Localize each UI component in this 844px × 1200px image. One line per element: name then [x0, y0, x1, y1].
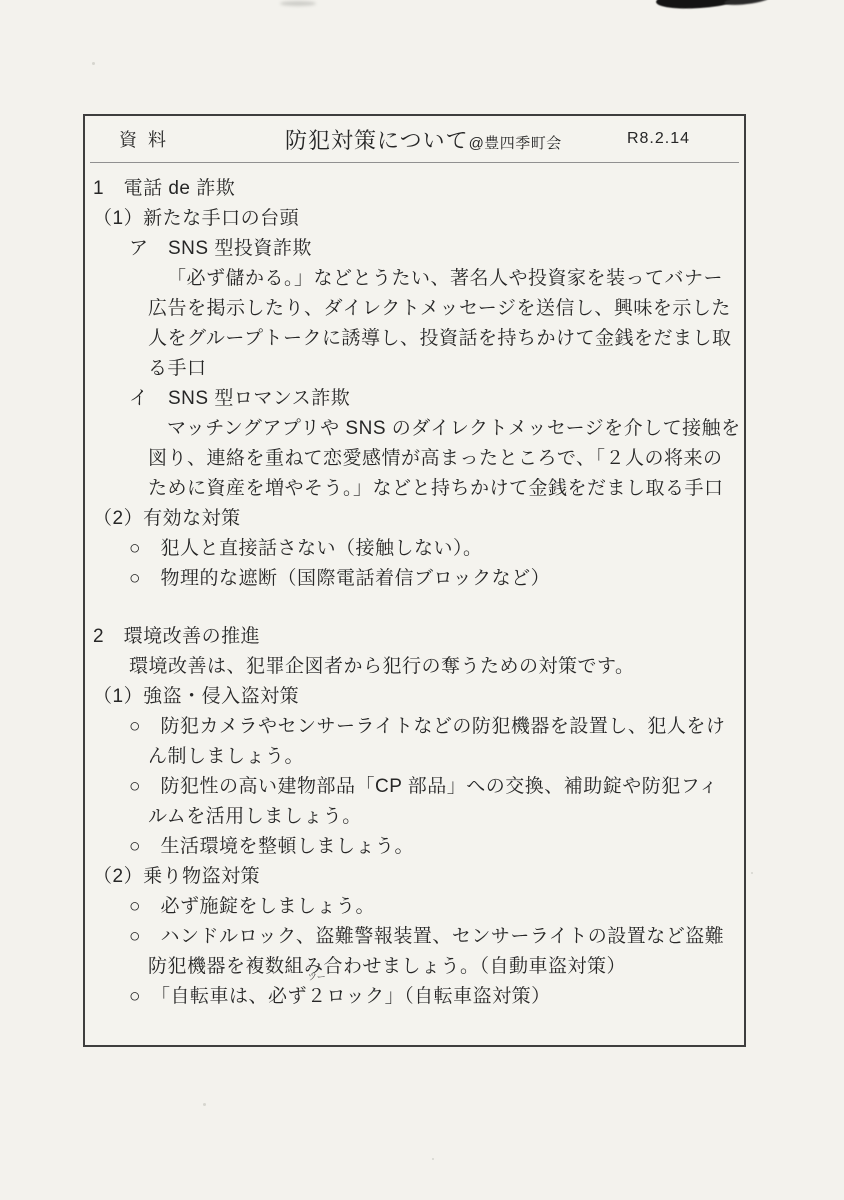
scan-smudge-top-tail [724, 0, 771, 7]
doc-line: 防犯機器を複数組み合わせましょう。（自動車盗対策） [148, 952, 736, 982]
doc-line-ruby-post: ロック」（自転車盗対策） [327, 986, 551, 1007]
doc-line-ruby-pre: ○ 「自転車は、必ず [129, 986, 307, 1007]
doc-line: 人をグループトークに誘導し、投資話を持ちかけて金銭をだまし取 [148, 324, 736, 354]
doc-line: ○ 物理的な遮断（国際電話着信ブロックなど） [129, 564, 736, 594]
doc-line: （2）乗り物盗対策 [93, 862, 736, 892]
doc-line: イ SNS 型ロマンス詐欺 [129, 384, 736, 414]
doc-date: R8.2.14 [627, 130, 690, 148]
scan-faint-smudge [280, 1, 316, 6]
doc-line: （2）有効な対策 [93, 504, 736, 534]
doc-line: ために資産を増やそう。」などと持ちかけて金銭をだまし取る手口 [148, 474, 736, 504]
paper-speck [203, 1103, 206, 1106]
ruby-base: ２ [307, 986, 327, 1007]
doc-line: （1）新たな手口の台頭 [93, 204, 736, 234]
ruby-group: ツー２ [307, 982, 327, 1012]
doc-line-ruby: ○ 「自転車は、必ずツー２ロック」（自転車盗対策） [129, 982, 736, 1012]
doc-line: 2 環境改善の推進 [93, 622, 736, 652]
doc-line: 1 電話 de 詐欺 [93, 174, 736, 204]
scanned-page: 資 料 防犯対策について @豊四季町会 R8.2.14 1 電話 de 詐欺 （… [0, 0, 844, 1200]
doc-line: る手口 [148, 354, 736, 384]
paper-speck [432, 1158, 434, 1160]
doc-line: 環境改善は、犯罪企図者から犯行の奪うための対策です。 [129, 652, 736, 682]
doc-line: ○ 生活環境を整頓しましょう。 [129, 832, 736, 862]
ruby-furigana: ツー [308, 973, 326, 982]
document-frame: 資 料 防犯対策について @豊四季町会 R8.2.14 1 電話 de 詐欺 （… [83, 114, 746, 1047]
doc-line: （1）強盗・侵入盗対策 [93, 682, 736, 712]
doc-line: マッチングアプリや SNS のダイレクトメッセージを介して接触を [167, 414, 736, 444]
page-title: 防犯対策について [285, 124, 469, 155]
paper-speck [92, 62, 95, 65]
doc-line: 図り、連絡を重ねて恋愛感情が高まったところで、「２人の将来の [148, 444, 736, 474]
doc-label: 資 料 [119, 126, 169, 152]
paper-speck [751, 872, 753, 874]
doc-line: 広告を掲示したり、ダイレクトメッセージを送信し、興味を示した [148, 294, 736, 324]
document-body: 1 電話 de 詐欺 （1）新たな手口の台頭 ア SNS 型投資詐欺 「必ず儲か… [85, 163, 744, 1012]
document-header: 資 料 防犯対策について @豊四季町会 R8.2.14 [85, 116, 744, 162]
doc-line: ○ 犯人と直接話さない（接触しない）。 [129, 534, 736, 564]
doc-line: ○ 必ず施錠をしましょう。 [129, 892, 736, 922]
doc-line: ルムを活用しましょう。 [148, 802, 736, 832]
doc-line: ○ 防犯カメラやセンサーライトなどの防犯機器を設置し、犯人をけ [129, 712, 736, 742]
doc-line: ○ ハンドルロック、盗難警報装置、センサーライトの設置など盗難 [129, 922, 736, 952]
doc-line: ア SNS 型投資詐欺 [129, 234, 736, 264]
doc-line: 「必ず儲かる。」などとうたい、著名人や投資家を装ってバナー [167, 264, 736, 294]
doc-title-group: 防犯対策について @豊四季町会 [285, 124, 562, 155]
page-title-suffix: @豊四季町会 [469, 132, 562, 153]
doc-line: ○ 防犯性の高い建物部品「CP 部品」への交換、補助錠や防犯フィ [129, 772, 736, 802]
doc-line: ん制しましょう。 [148, 742, 736, 772]
